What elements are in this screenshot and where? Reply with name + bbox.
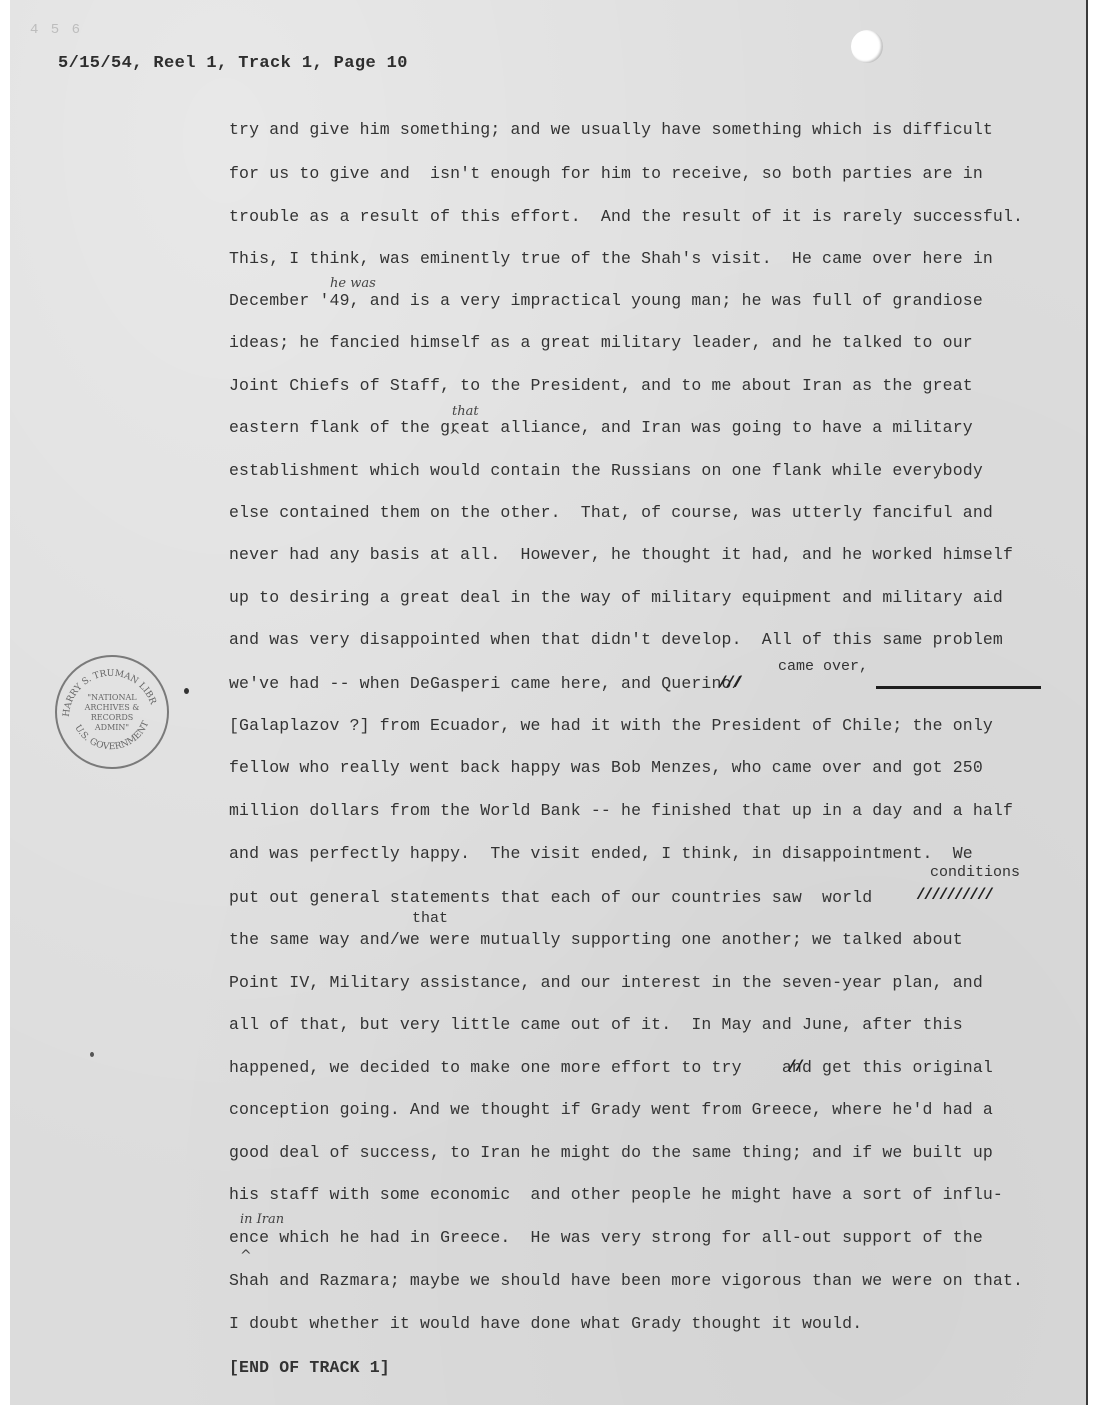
ink-speck bbox=[184, 688, 189, 694]
stamp-inner-line: RECORDS bbox=[79, 713, 145, 723]
text-line: This, I think, was eminently true of the… bbox=[229, 249, 993, 268]
text-line: up to desiring a great deal in the way o… bbox=[229, 588, 1003, 607]
text-line: trouble as a result of this effort. And … bbox=[229, 207, 1023, 226]
text-line: try and give him something; and we usual… bbox=[229, 120, 993, 139]
text-line: Point IV, Military assistance, and our i… bbox=[229, 973, 983, 992]
text-line: conception going. And we thought if Grad… bbox=[229, 1100, 993, 1119]
typed-insert-conditions: conditions bbox=[930, 864, 1020, 881]
typed-insert-came-over: came over, bbox=[778, 658, 868, 675]
handwritten-insert-he-was: he was bbox=[330, 276, 376, 291]
text-line: the same way and/we were mutually suppor… bbox=[229, 930, 963, 949]
text-line: establishment which would contain the Ru… bbox=[229, 461, 983, 480]
text-line: million dollars from the World Bank -- h… bbox=[229, 801, 1013, 820]
scan-margin bbox=[1090, 0, 1105, 1405]
handwritten-insert-that: that bbox=[452, 404, 479, 419]
text-line: put out general statements that each of … bbox=[229, 888, 872, 907]
corner-mark: 4 5 6 bbox=[30, 22, 82, 38]
blank-fill-line bbox=[876, 686, 1041, 689]
text-line: ence which he had in Greece. He was very… bbox=[229, 1228, 983, 1247]
stamp-inner-line: ARCHIVES & bbox=[79, 703, 145, 713]
text-line: for us to give and isn't enough for him … bbox=[229, 164, 983, 183]
insertion-caret-icon: ^ bbox=[449, 428, 461, 444]
ink-speck bbox=[90, 1052, 94, 1057]
struck-out-text: /// bbox=[718, 674, 741, 692]
insertion-caret-icon: ^ bbox=[240, 1248, 252, 1264]
text-line: all of that, but very little came out of… bbox=[229, 1015, 963, 1034]
text-line: fellow who really went back happy was Bo… bbox=[229, 758, 983, 777]
struck-out-text: ////////// bbox=[916, 886, 992, 904]
typed-insert-that: that bbox=[412, 910, 448, 927]
stamp-inner-line: ADMIN" bbox=[79, 723, 145, 733]
stamp-inner-line: "NATIONAL bbox=[79, 693, 145, 703]
page-header: 5/15/54, Reel 1, Track 1, Page 10 bbox=[58, 54, 408, 73]
text-line: ideas; he fancied himself as a great mil… bbox=[229, 333, 973, 352]
struck-out-text: // bbox=[787, 1058, 802, 1076]
text-line: never had any basis at all. However, he … bbox=[229, 545, 1013, 564]
text-line: his staff with some economic and other p… bbox=[229, 1185, 1003, 1204]
text-line: and was perfectly happy. The visit ended… bbox=[229, 844, 973, 863]
text-line: good deal of success, to Iran he might d… bbox=[229, 1143, 993, 1162]
text-line: Joint Chiefs of Staff, to the President,… bbox=[229, 376, 973, 395]
text-line: Shah and Razmara; maybe we should have b… bbox=[229, 1271, 1023, 1290]
text-line: else contained them on the other. That, … bbox=[229, 503, 993, 522]
handwritten-insert-in-iran: in Iran bbox=[240, 1212, 284, 1227]
text-line: December '49, and is a very impractical … bbox=[229, 291, 983, 310]
text-line: and was very disappointed when that didn… bbox=[229, 630, 1003, 649]
text-line: [Galaplazov ?] from Ecuador, we had it w… bbox=[229, 716, 993, 735]
text-line: I doubt whether it would have done what … bbox=[229, 1314, 862, 1333]
text-line: happened, we decided to make one more ef… bbox=[229, 1058, 993, 1077]
text-line: eastern flank of the great alliance, and… bbox=[229, 418, 973, 437]
text-line: we've had -- when DeGasperi came here, a… bbox=[229, 674, 742, 693]
punch-hole bbox=[851, 30, 883, 63]
archive-stamp: HARRY S. TRUMAN LIBRARY U.S. GOVERNMENT … bbox=[55, 655, 169, 769]
end-of-track-marker: [END OF TRACK 1] bbox=[229, 1358, 390, 1377]
